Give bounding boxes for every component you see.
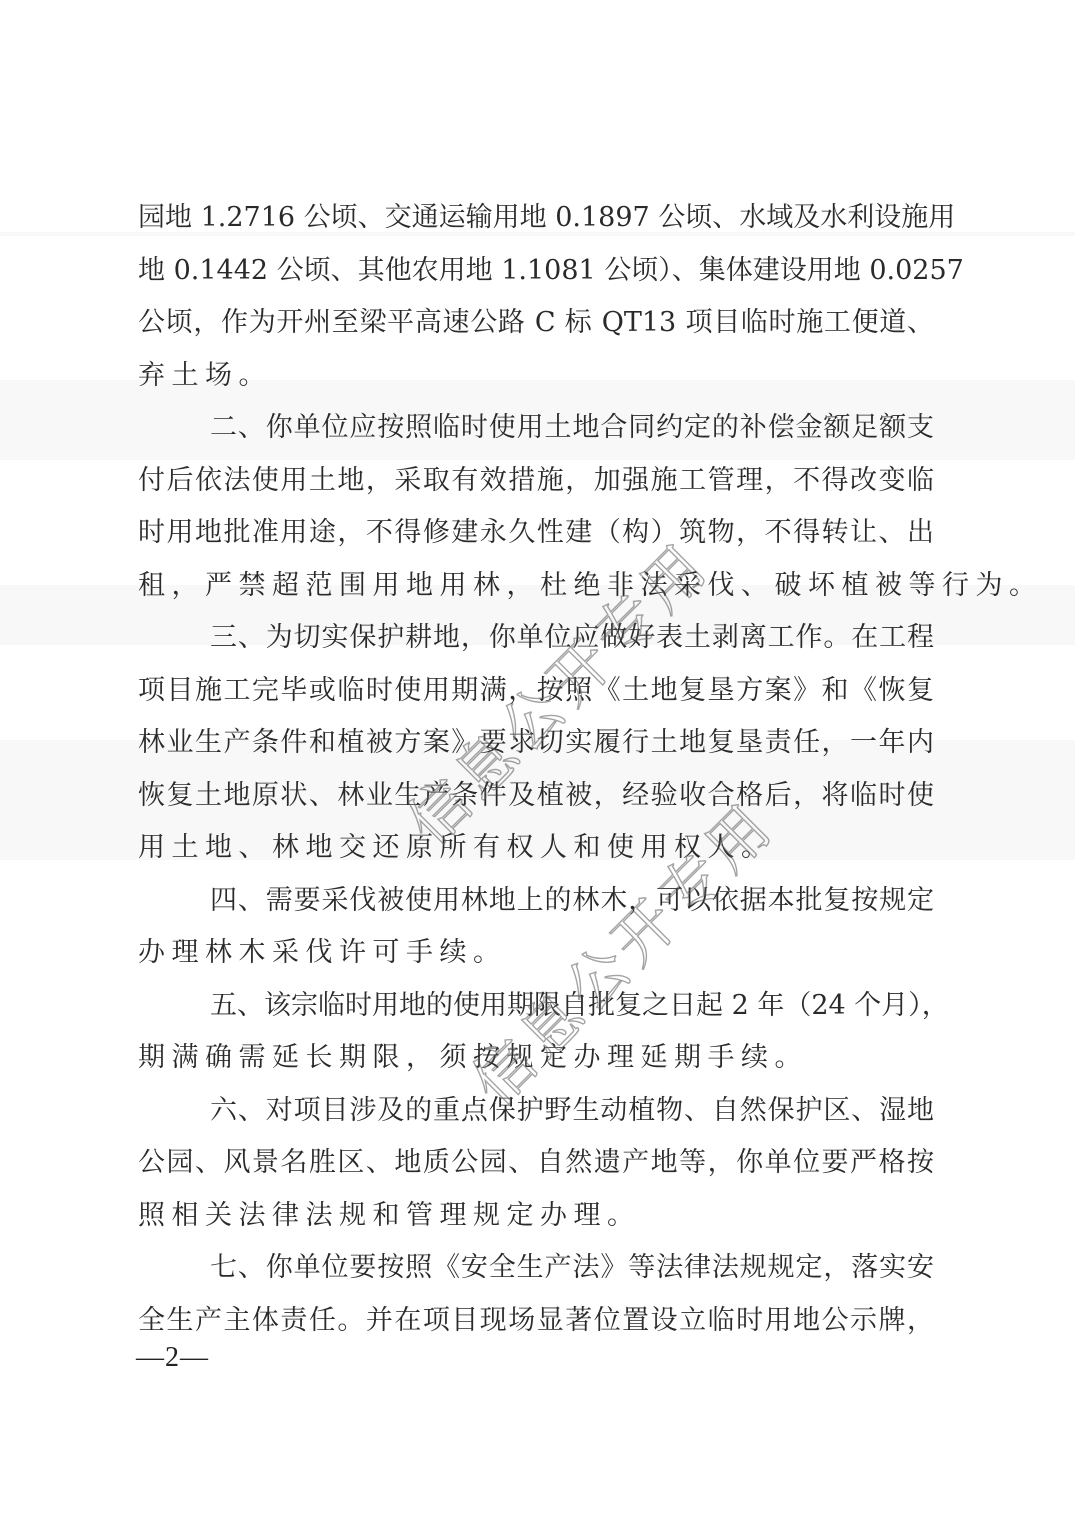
text-line: 时用地批准用途，不得修建永久性建（构）筑物，不得转让、出 bbox=[138, 507, 934, 560]
text-line: 公园、风景名胜区、地质公园、自然遗产地等，你单位要严格按 bbox=[138, 1137, 934, 1190]
text-line: 林业生产条件和植被方案》要求切实履行土地复垦责任，一年内 bbox=[138, 717, 934, 770]
text-line: 项目施工完毕或临时使用期满，按照《土地复垦方案》和《恢复 bbox=[138, 665, 934, 718]
text-line: 期满确需延长期限，须按规定办理延期手续。 bbox=[138, 1032, 934, 1085]
text-line: 园地 1.2716 公顷、交通运输用地 0.1897 公顷、水域及水利设施用 bbox=[138, 192, 934, 245]
paragraph-item-6: 六、对项目涉及的重点保护野生动植物、自然保护区、湿地 公园、风景名胜区、地质公园… bbox=[138, 1085, 934, 1243]
text-line: 租，严禁超范围用地用林，杜绝非法采伐、破坏植被等行为。 bbox=[138, 560, 934, 613]
text-line: 公顷，作为开州至梁平高速公路 C 标 QT13 项目临时施工便道、 bbox=[138, 297, 934, 350]
text-line: 七、你单位要按照《安全生产法》等法律法规规定，落实安 bbox=[138, 1242, 934, 1295]
page-number: —2— bbox=[136, 1342, 209, 1374]
text-line: 地 0.1442 公顷、其他农用地 1.1081 公顷）、集体建设用地 0.02… bbox=[138, 245, 934, 298]
paragraph-item-7: 七、你单位要按照《安全生产法》等法律法规规定，落实安 全生产主体责任。并在项目现… bbox=[138, 1242, 934, 1347]
text-line: 五、该宗临时用地的使用期限自批复之日起 2 年（24 个月）， bbox=[138, 980, 934, 1033]
text-line: 三、为切实保护耕地，你单位应做好表土剥离工作。在工程 bbox=[138, 612, 934, 665]
text-line: 四、需要采伐被使用林地上的林木，可以依据本批复按规定 bbox=[138, 875, 934, 928]
paragraph-item-2: 二、你单位应按照临时使用土地合同约定的补偿金额足额支 付后依法使用土地，采取有效… bbox=[138, 402, 934, 612]
text-line: 用土地、林地交还原所有权人和使用权人。 bbox=[138, 822, 934, 875]
paragraph-item-5: 五、该宗临时用地的使用期限自批复之日起 2 年（24 个月）， 期满确需延长期限… bbox=[138, 980, 934, 1085]
paragraph-land-allocation: 园地 1.2716 公顷、交通运输用地 0.1897 公顷、水域及水利设施用 地… bbox=[138, 192, 934, 402]
document-body: 园地 1.2716 公顷、交通运输用地 0.1897 公顷、水域及水利设施用 地… bbox=[138, 192, 934, 1347]
text-line: 照相关法律法规和管理规定办理。 bbox=[138, 1190, 934, 1243]
text-line: 全生产主体责任。并在项目现场显著位置设立临时用地公示牌， bbox=[138, 1295, 934, 1348]
text-line: 六、对项目涉及的重点保护野生动植物、自然保护区、湿地 bbox=[138, 1085, 934, 1138]
paragraph-item-4: 四、需要采伐被使用林地上的林木，可以依据本批复按规定 办理林木采伐许可手续。 bbox=[138, 875, 934, 980]
text-line: 二、你单位应按照临时使用土地合同约定的补偿金额足额支 bbox=[138, 402, 934, 455]
paragraph-item-3: 三、为切实保护耕地，你单位应做好表土剥离工作。在工程 项目施工完毕或临时使用期满… bbox=[138, 612, 934, 875]
text-line: 弃土场。 bbox=[138, 350, 934, 403]
text-line: 恢复土地原状、林业生产条件及植被，经验收合格后，将临时使 bbox=[138, 770, 934, 823]
text-line: 付后依法使用土地，采取有效措施，加强施工管理，不得改变临 bbox=[138, 455, 934, 508]
text-line: 办理林木采伐许可手续。 bbox=[138, 927, 934, 980]
